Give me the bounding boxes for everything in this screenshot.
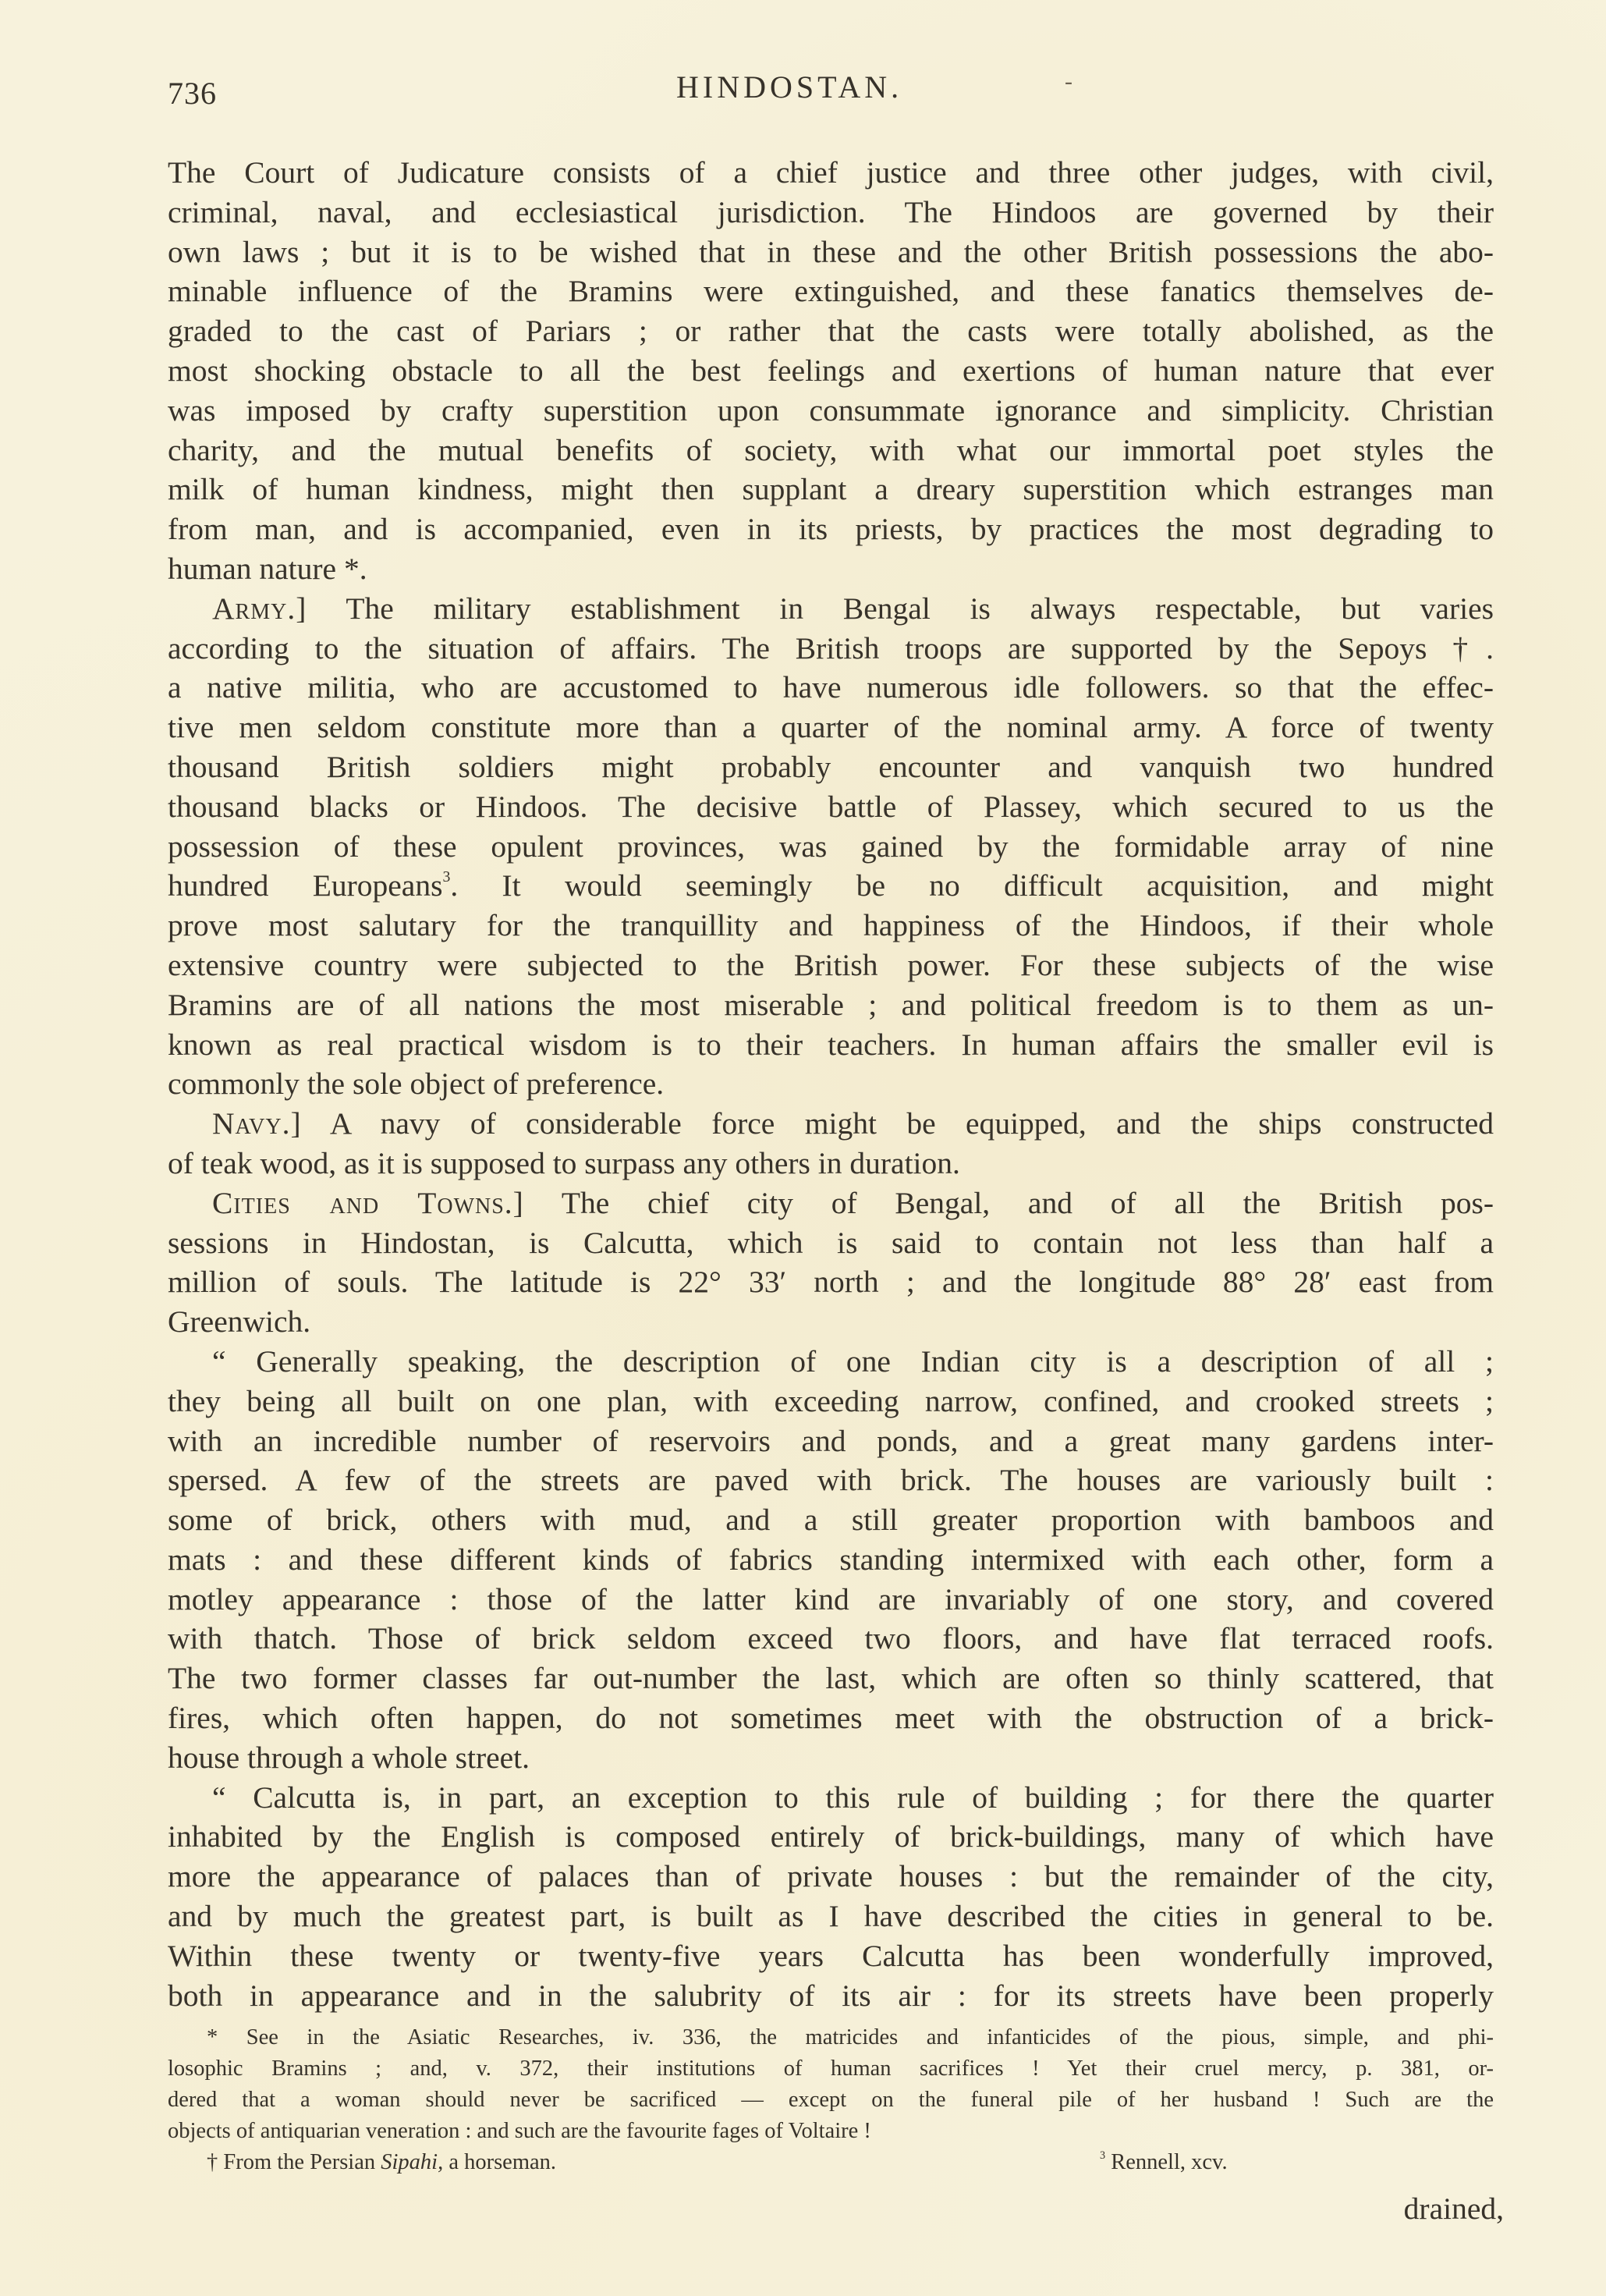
text-line: of teak wood, as it is supposed to surpa… xyxy=(168,1144,1494,1183)
page-title: HINDOSTAN. xyxy=(676,69,902,105)
text-line: a native militia, who are accustomed to … xyxy=(168,668,1494,708)
text-line: some of brick, others with mud, and a st… xyxy=(168,1500,1494,1540)
footnote-star-line: objects of antiquarian veneration : and … xyxy=(168,2116,1494,2147)
text-line: million of souls. The latitude is 22° 33… xyxy=(168,1262,1494,1302)
paragraph-army: Army.] The military establishment in Ben… xyxy=(168,589,1494,629)
section-head-army: Army.] xyxy=(212,591,307,626)
text-line: with an incredible number of reservoirs … xyxy=(168,1421,1494,1461)
text-line: “ Calcutta is, in part, an exception to … xyxy=(168,1778,1494,1818)
text-line: extensive country were subjected to the … xyxy=(168,946,1494,985)
text-line: house through a whole street. xyxy=(168,1738,1494,1778)
text-line: was imposed by crafty superstition upon … xyxy=(168,391,1494,431)
text-line: with thatch. Those of brick seldom excee… xyxy=(168,1619,1494,1659)
stray-mark: - xyxy=(1065,69,1072,95)
text-line: own laws ; but it is to be wished that i… xyxy=(168,232,1494,272)
text-line: more the appearance of palaces than of p… xyxy=(168,1857,1494,1897)
footnote-star-line: losophic Bramins ; and, v. 372, their in… xyxy=(168,2053,1494,2085)
text-line: charity, and the mutual benefits of soci… xyxy=(168,431,1494,470)
text-line: thousand British soldiers might probably… xyxy=(168,747,1494,787)
text-line: criminal, naval, and ecclesiastical juri… xyxy=(168,193,1494,232)
text-line: The chief city of Bengal, and of all the… xyxy=(562,1186,1494,1220)
text-line: minable influence of the Bramins were ex… xyxy=(168,271,1494,311)
text-line: A navy of considerable force might be eq… xyxy=(330,1106,1494,1141)
text-line: milk of human kindness, might then suppl… xyxy=(168,470,1494,509)
text-line: Greenwich. xyxy=(168,1302,1494,1342)
italic-term: Sipahi, xyxy=(381,2150,443,2174)
text-line: The two former classes far out-number th… xyxy=(168,1659,1494,1698)
text-line: fires, which often happen, do not someti… xyxy=(168,1698,1494,1738)
text-line: motley appearance : those of the latter … xyxy=(168,1580,1494,1620)
footnote-3: 3 Rennell, xcv. xyxy=(1100,2147,1228,2178)
text-line: most shocking obstacle to all the best f… xyxy=(168,351,1494,391)
text-line: possession of these opulent provinces, w… xyxy=(168,827,1494,867)
text-line: known as real practical wisdom is to the… xyxy=(168,1025,1494,1065)
paragraph-cities: Cities and Towns.] The chief city of Ben… xyxy=(168,1183,1494,1223)
footnote-star-line: * See in the Asiatic Researches, iv. 336… xyxy=(168,2022,1494,2053)
section-head-navy: Navy.] xyxy=(212,1106,302,1141)
text-line: from man, and is accompanied, even in it… xyxy=(168,509,1494,549)
footnotes: * See in the Asiatic Researches, iv. 336… xyxy=(168,2022,1494,2178)
text-line: graded to the cast of Pariars ; or rathe… xyxy=(168,311,1494,351)
text-line: inhabited by the English is composed ent… xyxy=(168,1817,1494,1857)
running-head: 736 HINDOSTAN. - xyxy=(168,69,1494,115)
text-line: according to the situation of affairs. T… xyxy=(168,629,1494,669)
text-line: sessions in Hindostan, is Calcutta, whic… xyxy=(168,1223,1494,1263)
footnote-row: † From the Persian Sipahi, a horseman. 3… xyxy=(168,2147,1494,2178)
text-line: spersed. A few of the streets are paved … xyxy=(168,1460,1494,1500)
book-page: 736 HINDOSTAN. - The Court of Judicature… xyxy=(0,0,1606,2296)
text-line: “ Generally speaking, the description of… xyxy=(168,1342,1494,1382)
text-line: Bramins are of all nations the most mise… xyxy=(168,985,1494,1025)
text-line: prove most salutary for the tranquillity… xyxy=(168,906,1494,946)
text-line: and by much the greatest part, is built … xyxy=(168,1897,1494,1936)
text-line: tive men seldom constitute more than a q… xyxy=(168,708,1494,747)
page-number: 736 xyxy=(168,75,217,112)
text-line: mats : and these different kinds of fabr… xyxy=(168,1540,1494,1580)
footnote-dagger: † From the Persian Sipahi, a horseman. xyxy=(207,2147,556,2178)
text-line: The military establishment in Bengal is … xyxy=(346,591,1494,626)
text-line: they being all built on one plan, with e… xyxy=(168,1382,1494,1421)
section-head-cities: Cities and Towns.] xyxy=(212,1186,524,1220)
text-line: The Court of Judicature consists of a ch… xyxy=(168,153,1494,193)
catchword: drained, xyxy=(1404,2191,1504,2227)
text-line: both in appearance and in the salubrity … xyxy=(168,1976,1494,2016)
text-line: thousand blacks or Hindoos. The decisive… xyxy=(168,787,1494,827)
text-line: human nature *. xyxy=(168,549,1494,589)
paragraph-navy: Navy.] A navy of considerable force migh… xyxy=(168,1104,1494,1144)
text-line: hundred Europeans3. It would seemingly b… xyxy=(168,866,1494,906)
text-line: commonly the sole object of preference. xyxy=(168,1064,1494,1104)
body-text: The Court of Judicature consists of a ch… xyxy=(168,153,1494,2015)
text-line: Within these twenty or twenty-five years… xyxy=(168,1936,1494,1976)
footnote-ref-3: 3 xyxy=(442,869,450,886)
footnote-star-line: dered that a woman should never be sacri… xyxy=(168,2085,1494,2116)
